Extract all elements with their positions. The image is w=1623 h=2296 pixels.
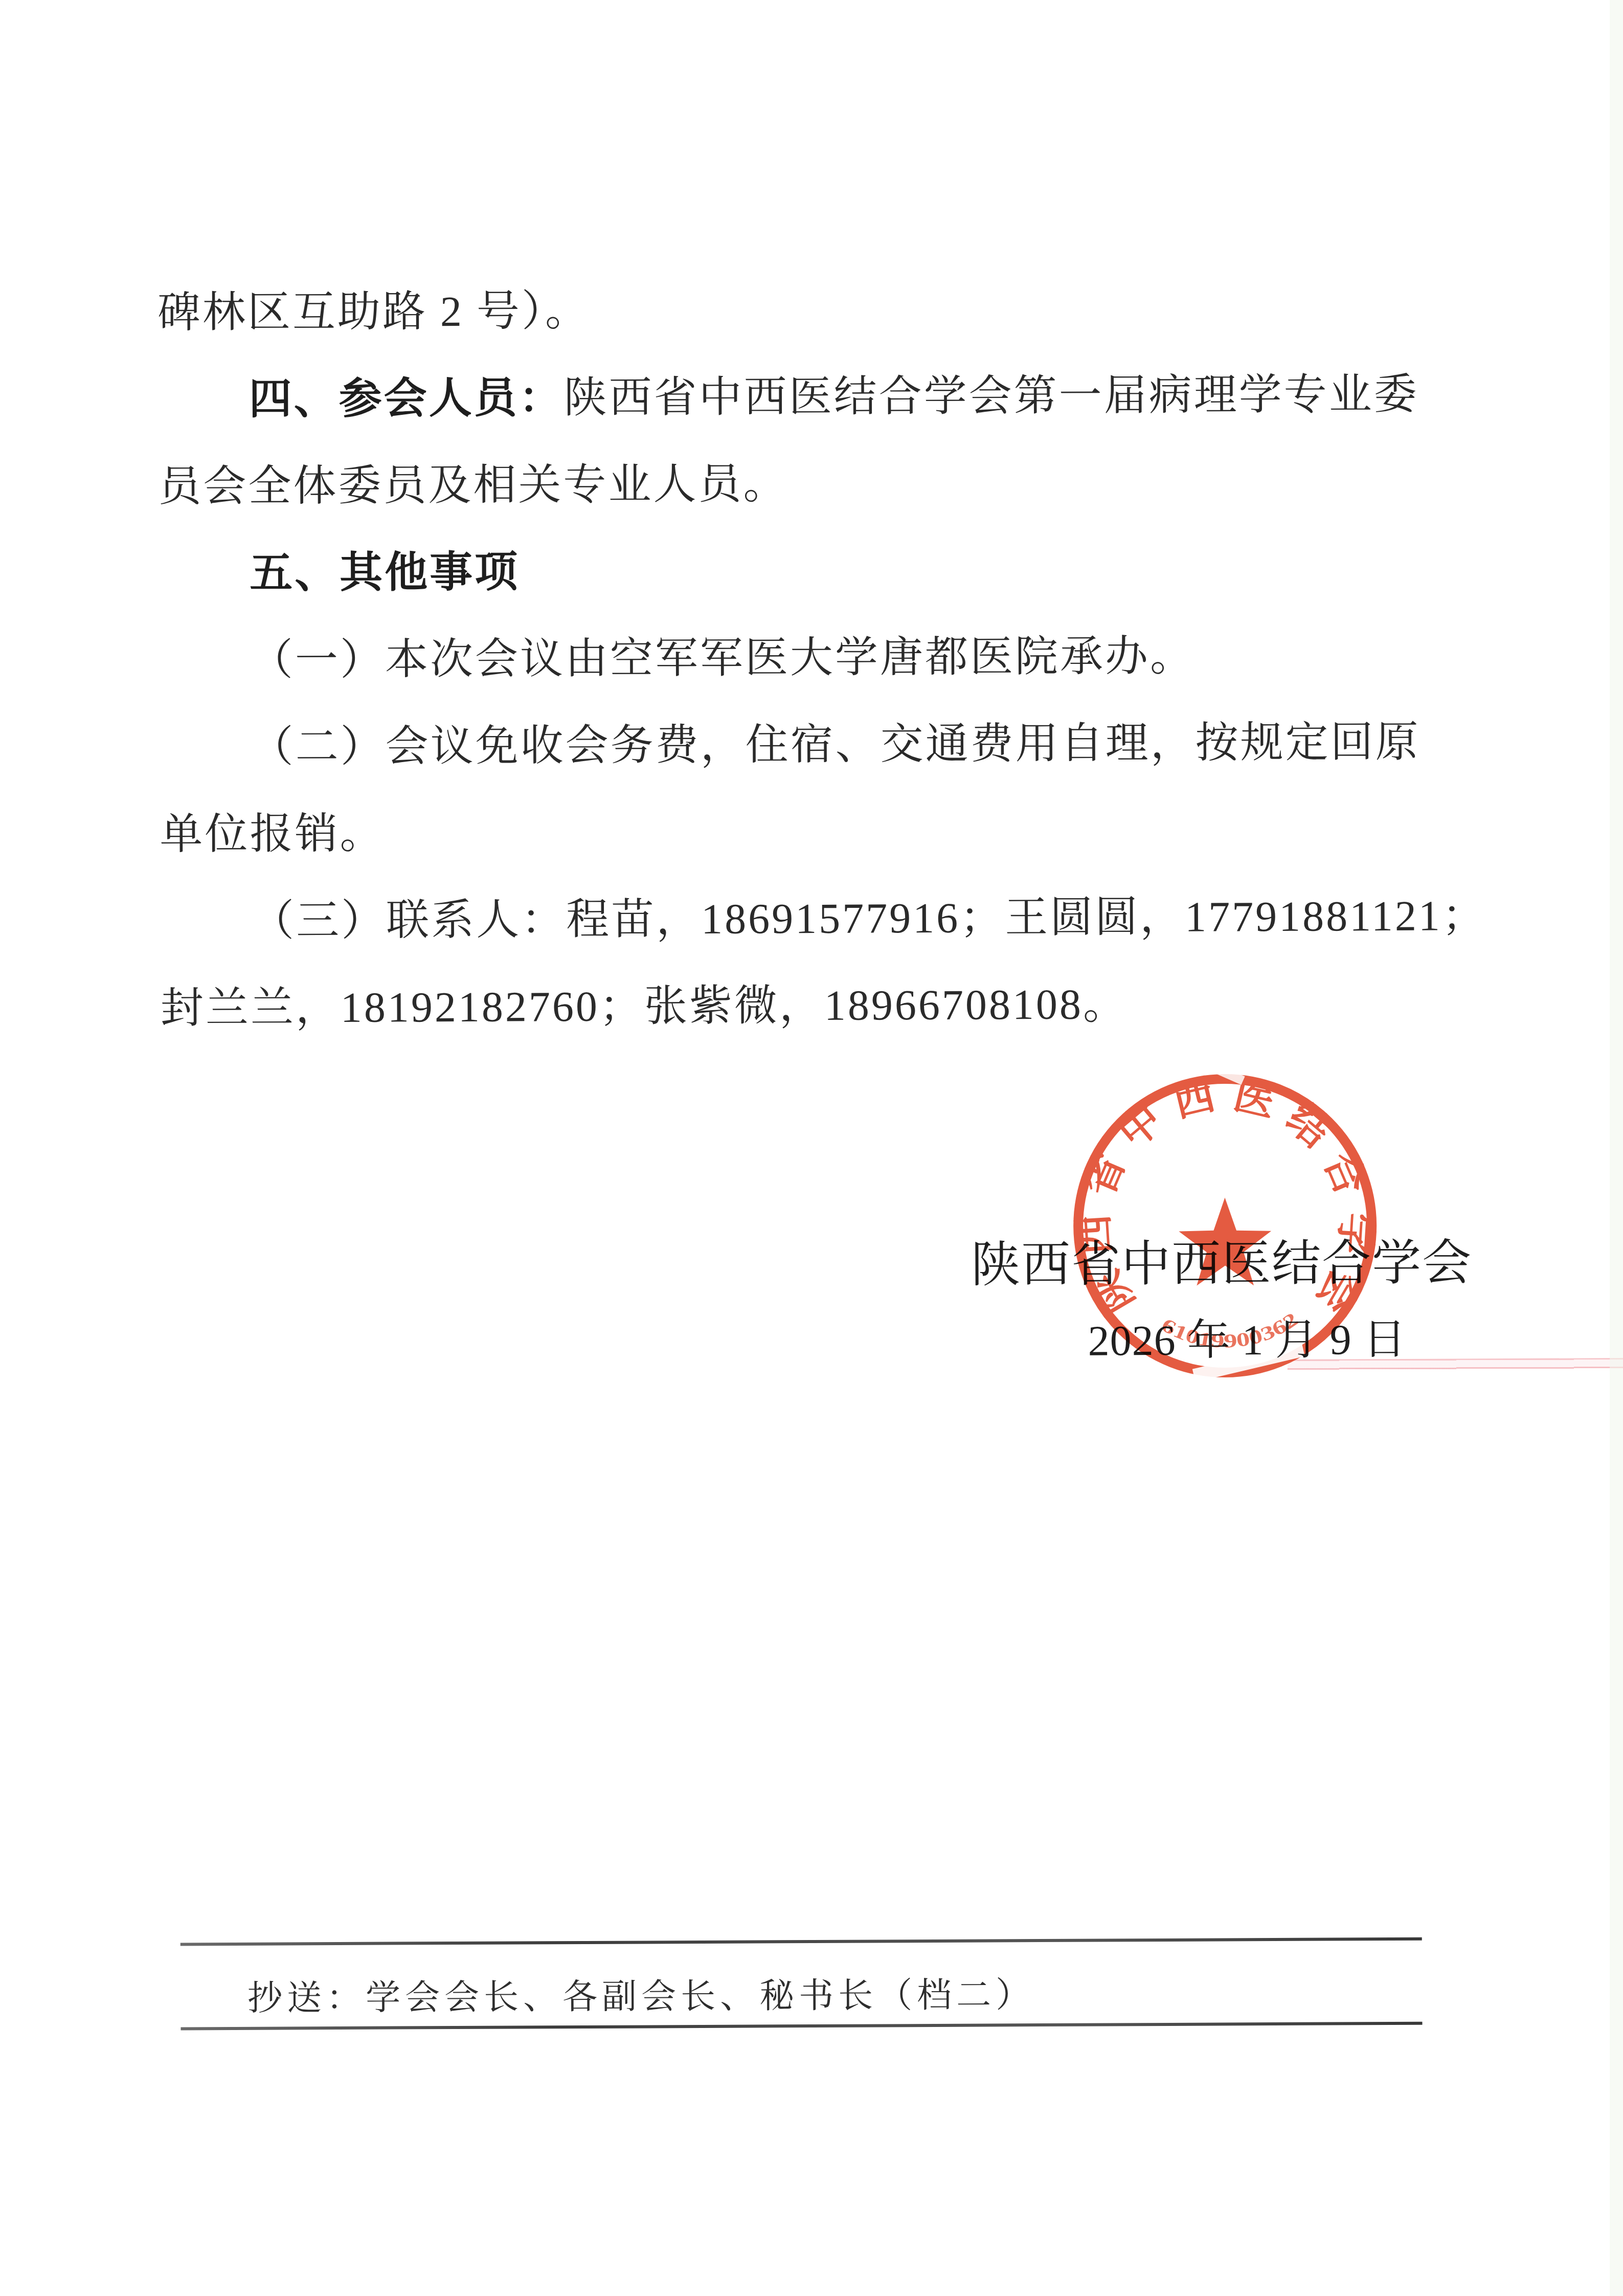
text-line: 单位报销。 <box>160 786 1520 879</box>
text-segment-bold: 五、其他事项 <box>250 548 520 597</box>
text-line: （三）联系人：程苗，18691577916；王圆圆，17791881121； <box>160 873 1521 966</box>
text-segment: 陕西省中西医结合学会第一届病理学专业委 <box>563 371 1418 422</box>
text-line: （一）本次会议由空军军医大学唐都医院承办。 <box>159 612 1519 705</box>
organization-signature: 陕西省中西医结合学会 <box>971 1223 1473 1296</box>
text-line: 封兰兰，18192182760；张紫微，18966708108。 <box>160 960 1521 1053</box>
text-segment: 员会全体委员及相关专业人员。 <box>158 460 788 510</box>
text-segment-bold: 四、参会人员： <box>249 374 563 423</box>
document-page: 碑林区互助路 2 号）。四、参会人员：陕西省中西医结合学会第一届病理学专业委员会… <box>0 0 1623 2296</box>
page-edge-shadow <box>1610 0 1623 2296</box>
text-segment: （一）本次会议由空军军医大学唐都医院承办。 <box>250 633 1195 684</box>
text-line: 五、其他事项 <box>159 525 1519 618</box>
document-body: 碑林区互助路 2 号）。四、参会人员：陕西省中西医结合学会第一届病理学专业委员会… <box>157 264 1521 1053</box>
text-line: 员会全体委员及相关专业人员。 <box>158 438 1519 531</box>
text-line: 碑林区互助路 2 号）。 <box>157 264 1518 357</box>
text-segment: （二）会议免收会务费，住宿、交通费用自理，按规定回原 <box>250 719 1420 771</box>
text-line: （二）会议免收会务费，住宿、交通费用自理，按规定回原 <box>159 699 1520 792</box>
signature-date: 2026 年 1 月 9 日 <box>1088 1305 1407 1368</box>
separator-line-top <box>181 1937 1422 1946</box>
cc-note: 抄送：学会会长、各副会长、秘书长（档二） <box>247 1967 1035 2020</box>
text-segment: 单位报销。 <box>160 810 385 859</box>
text-segment: 封兰兰，18192182760；张紫微，18966708108。 <box>161 980 1128 1032</box>
text-line: 四、参会人员：陕西省中西医结合学会第一届病理学专业委 <box>157 351 1518 444</box>
text-segment: 碑林区互助路 2 号）。 <box>157 287 590 337</box>
text-segment: （三）联系人：程苗，18691577916；王圆圆，17791881121； <box>251 892 1487 945</box>
separator-line-bottom <box>181 2022 1422 2031</box>
